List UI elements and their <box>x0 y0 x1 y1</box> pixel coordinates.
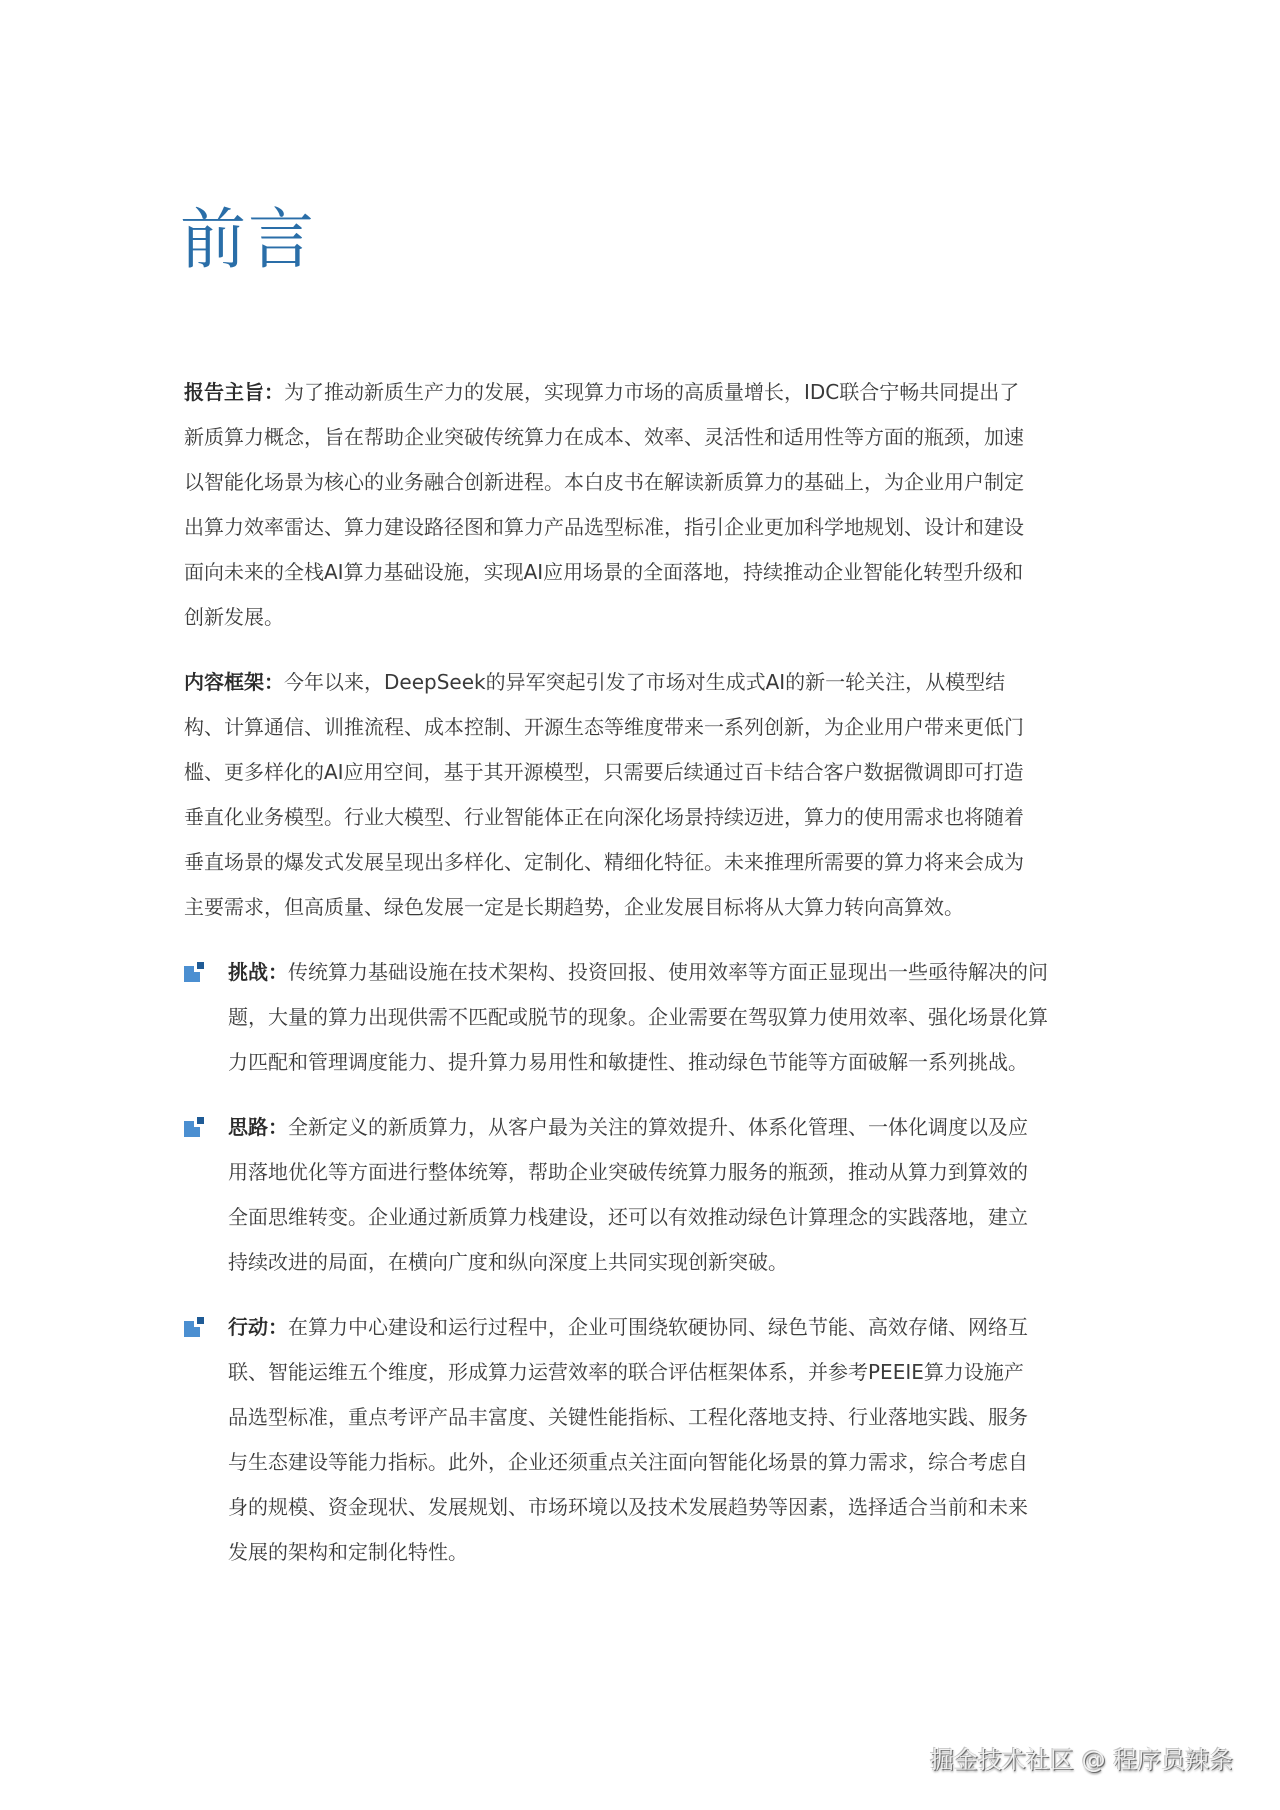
text-line: 持续改进的局面，在横向广度和纵向深度上共同实现创新突破。 <box>228 1240 1104 1285</box>
text-line: 垂直场景的爆发式发展呈现出多样化、定制化、精细化特征。未来推理所需要的算力将来会… <box>184 840 1104 885</box>
text-line: 主要需求，但高质量、绿色发展一定是长期趋势，企业发展目标将从大算力转向高算效。 <box>184 885 1104 930</box>
bullet-label: 行动： <box>228 1315 288 1339</box>
text-line: 用落地优化等方面进行整体统筹，帮助企业突破传统算力服务的瓶颈，推动从算力到算效的 <box>228 1150 1104 1195</box>
square-bullet-icon <box>184 962 204 982</box>
text-line: 今年以来，DeepSeek的异军突起引发了市场对生成式AI的新一轮关注，从模型结 <box>284 670 1005 694</box>
bullet-action: 行动：在算力中心建设和运行过程中，企业可围绕软硬协同、绿色节能、高效存储、网络互… <box>184 1305 1104 1575</box>
paragraph-label: 内容框架： <box>184 670 284 694</box>
text-line: 题，大量的算力出现供需不匹配或脱节的现象。企业需要在驾驭算力使用效率、强化场景化… <box>228 995 1104 1040</box>
watermark: 掘金技术社区 @ 程序员辣条 <box>930 1740 1233 1775</box>
text-line: 以智能化场景为核心的业务融合创新进程。本白皮书在解读新质算力的基础上，为企业用户… <box>184 460 1104 505</box>
text-line: 为了推动新质生产力的发展，实现算力市场的高质量增长，IDC联合宁畅共同提出了 <box>284 380 1019 404</box>
paragraph-content-framework: 内容框架：今年以来，DeepSeek的异军突起引发了市场对生成式AI的新一轮关注… <box>184 660 1104 930</box>
text-line: 出算力效率雷达、算力建设路径图和算力产品选型标准，指引企业更加科学地规划、设计和… <box>184 505 1104 550</box>
bullet-label: 思路： <box>228 1115 288 1139</box>
text-line: 新质算力概念，旨在帮助企业突破传统算力在成本、效率、灵活性和适用性等方面的瓶颈，… <box>184 415 1104 460</box>
text-line: 创新发展。 <box>184 595 1104 640</box>
text-line: 面向未来的全栈AI算力基础设施，实现AI应用场景的全面落地，持续推动企业智能化转… <box>184 550 1104 595</box>
text-line: 力匹配和管理调度能力、提升算力易用性和敏捷性、推动绿色节能等方面破解一系列挑战。 <box>228 1040 1104 1085</box>
document-body: 报告主旨：为了推动新质生产力的发展，实现算力市场的高质量增长，IDC联合宁畅共同… <box>184 370 1104 1595</box>
text-line: 构、计算通信、训推流程、成本控制、开源生态等维度带来一系列创新，为企业用户带来更… <box>184 705 1104 750</box>
square-bullet-icon <box>184 1317 204 1337</box>
text-line: 垂直化业务模型。行业大模型、行业智能体正在向深化场景持续迈进，算力的使用需求也将… <box>184 795 1104 840</box>
paragraph-report-purpose: 报告主旨：为了推动新质生产力的发展，实现算力市场的高质量增长，IDC联合宁畅共同… <box>184 370 1104 640</box>
text-line: 槛、更多样化的AI应用空间，基于其开源模型，只需要后续通过百卡结合客户数据微调即… <box>184 750 1104 795</box>
bullet-label: 挑战： <box>228 960 288 984</box>
text-line: 联、智能运维五个维度，形成算力运营效率的联合评估框架体系，并参考PEEIE算力设… <box>228 1350 1104 1395</box>
page-title: 前言 <box>180 196 316 284</box>
bullet-challenge: 挑战：传统算力基础设施在技术架构、投资回报、使用效率等方面正显现出一些亟待解决的… <box>184 950 1104 1085</box>
text-line: 发展的架构和定制化特性。 <box>228 1530 1104 1575</box>
square-bullet-icon <box>184 1117 204 1137</box>
text-line: 在算力中心建设和运行过程中，企业可围绕软硬协同、绿色节能、高效存储、网络互 <box>288 1315 1028 1339</box>
paragraph-label: 报告主旨： <box>184 380 284 404</box>
text-line: 与生态建设等能力指标。此外，企业还须重点关注面向智能化场景的算力需求，综合考虑自 <box>228 1440 1104 1485</box>
text-line: 品选型标准，重点考评产品丰富度、关键性能指标、工程化落地支持、行业落地实践、服务 <box>228 1395 1104 1440</box>
text-line: 身的规模、资金现状、发展规划、市场环境以及技术发展趋势等因素，选择适合当前和未来 <box>228 1485 1104 1530</box>
text-line: 全新定义的新质算力，从客户最为关注的算效提升、体系化管理、一体化调度以及应 <box>288 1115 1028 1139</box>
text-line: 全面思维转变。企业通过新质算力栈建设，还可以有效推动绿色计算理念的实践落地，建立 <box>228 1195 1104 1240</box>
bullet-approach: 思路：全新定义的新质算力，从客户最为关注的算效提升、体系化管理、一体化调度以及应… <box>184 1105 1104 1285</box>
text-line: 传统算力基础设施在技术架构、投资回报、使用效率等方面正显现出一些亟待解决的问 <box>288 960 1048 984</box>
